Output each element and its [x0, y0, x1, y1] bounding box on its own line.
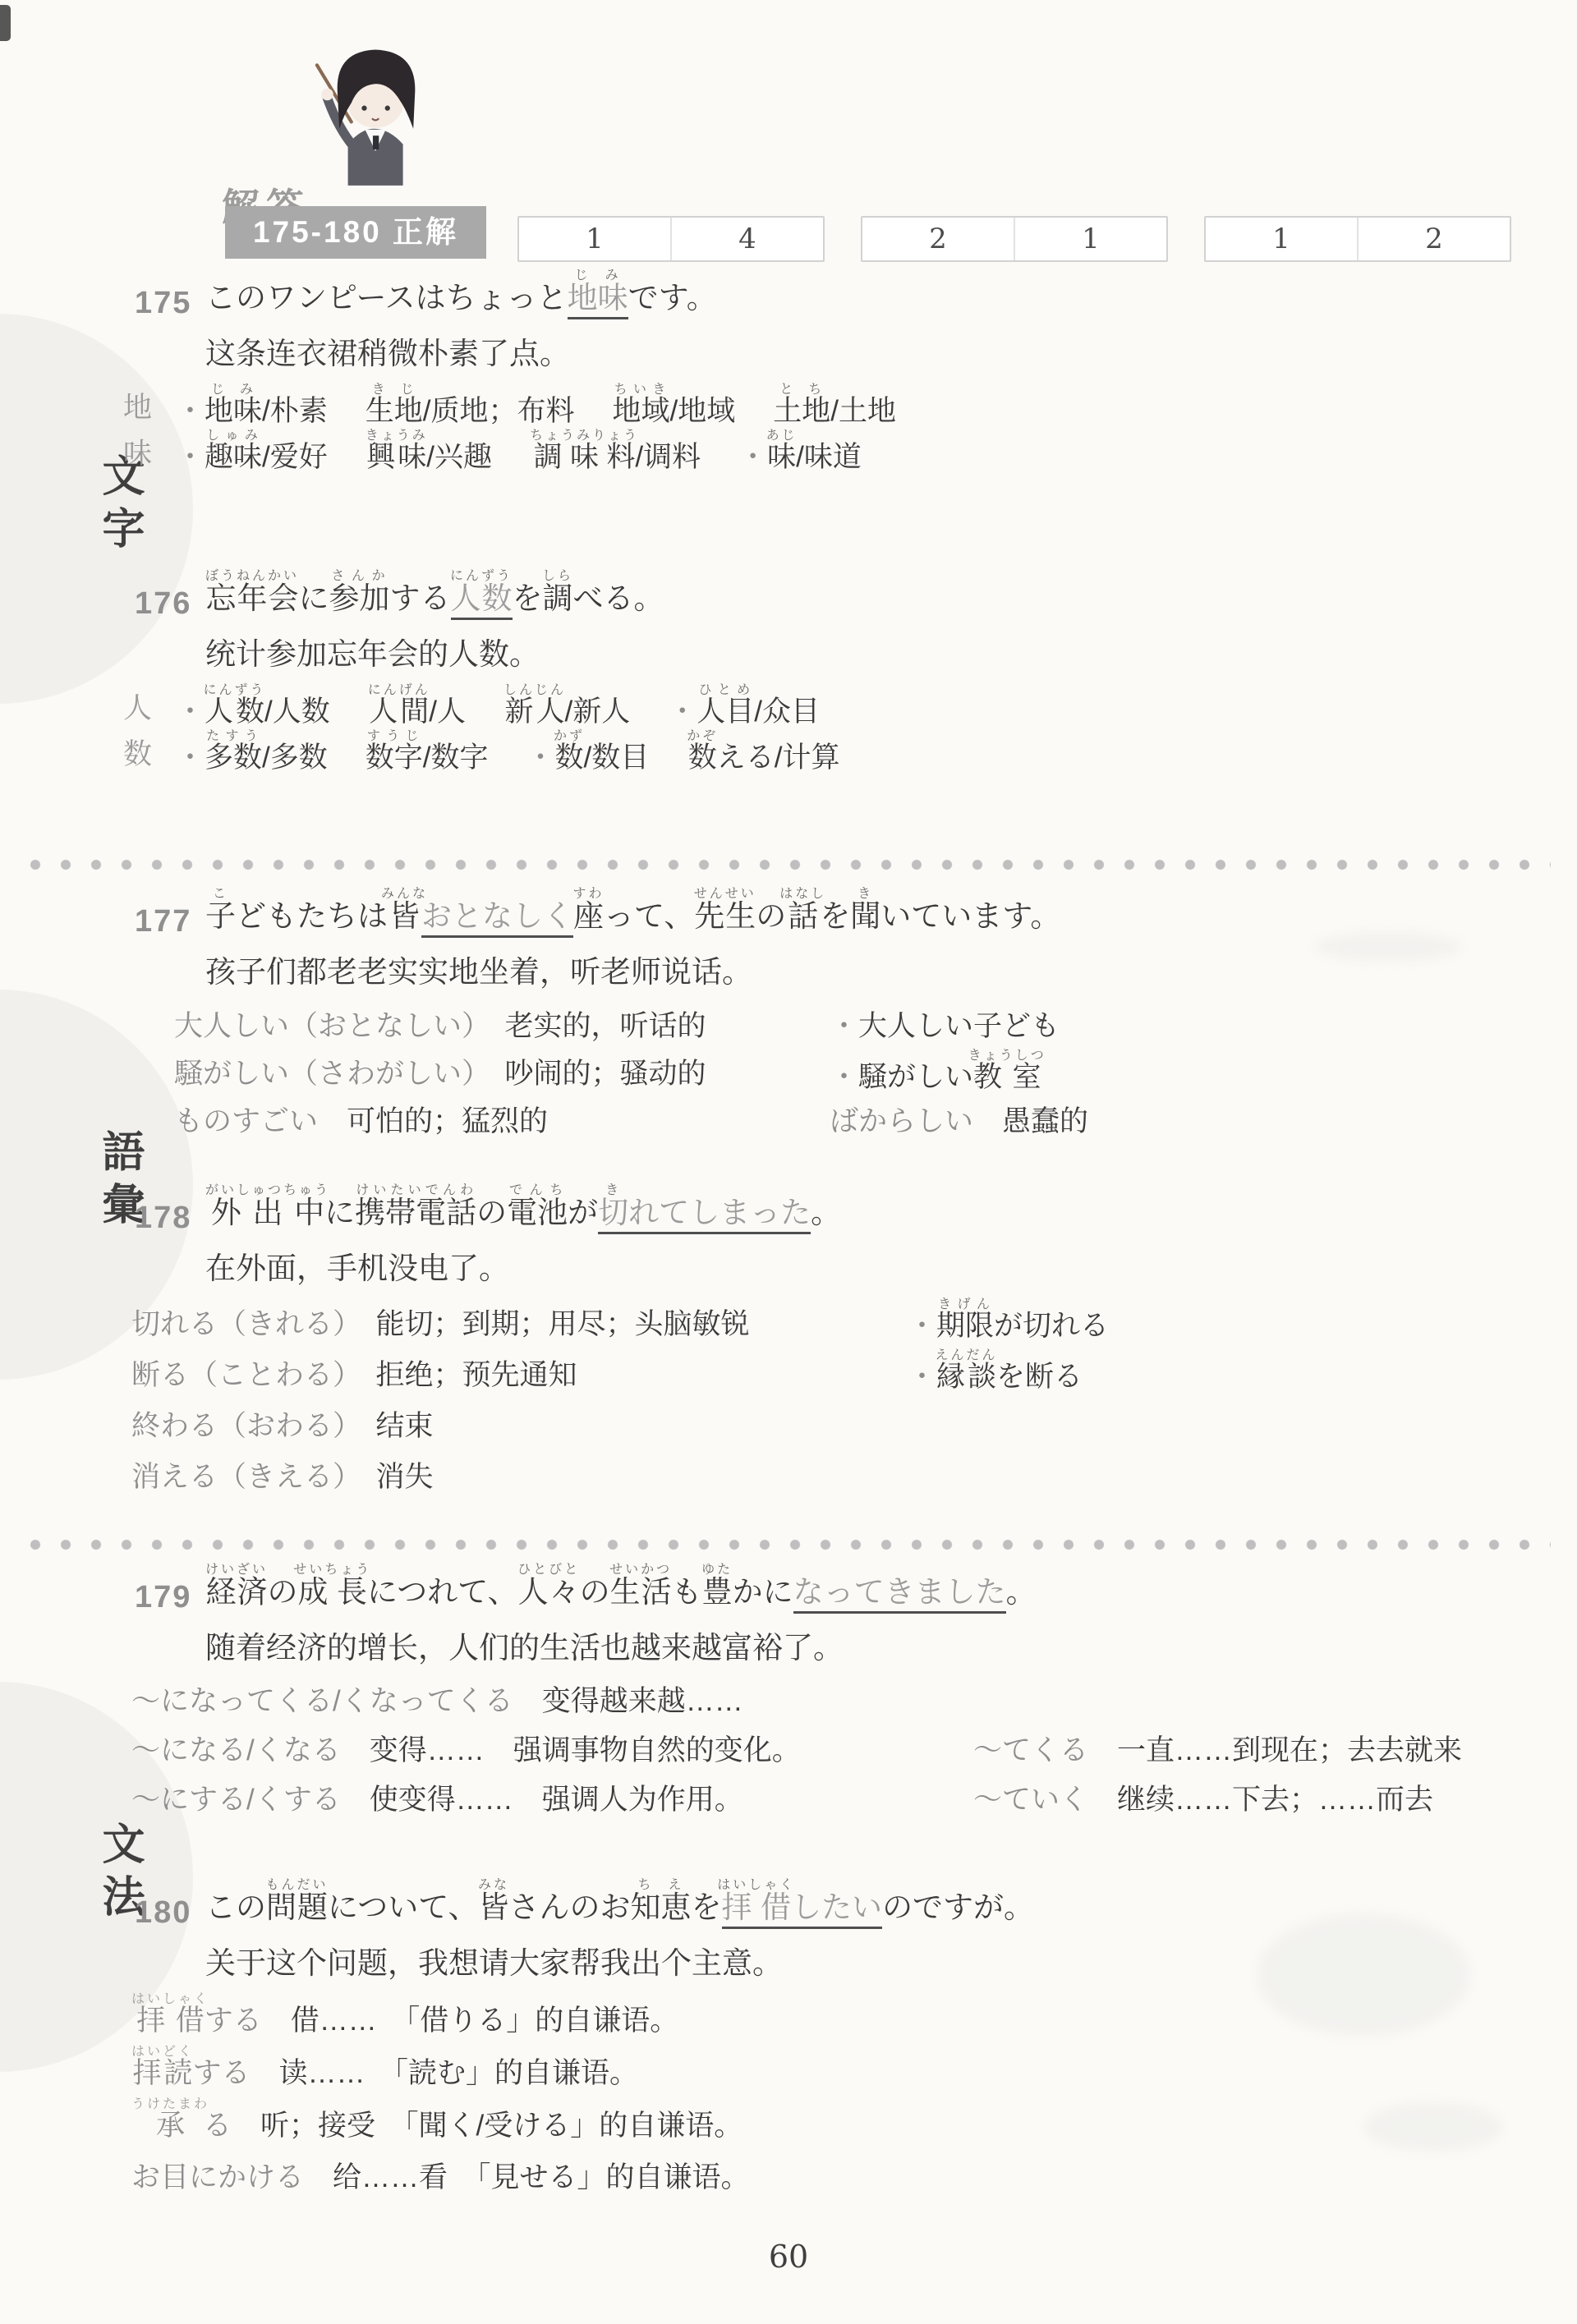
vocab-item: ・味あじ/味道	[738, 429, 862, 483]
definition-left: 断る（ことわる） 拒绝；预先通知	[123, 1348, 577, 1403]
vocab-row: 大人しい（おとなしい） 老实的，听话的・大人しい子ども	[123, 1001, 1552, 1049]
text-segment: ばからしい	[830, 1105, 973, 1137]
text-segment: が切れる	[994, 1310, 1109, 1342]
text-segment: です。	[628, 281, 717, 315]
text-segment: る	[203, 2110, 232, 2142]
text-segment: について、	[328, 1890, 479, 1924]
vocab-rows: 地・地味じみ/朴素生地きじ/质地；布料地域ちいき/地域土地とち/土地味・趣味しゅ…	[123, 383, 1552, 475]
text-segment: 。	[811, 1196, 841, 1229]
definition-left: お目にかける 给……看 「見せる」的自谦语。	[123, 2150, 750, 2206]
scan-smudge	[1314, 932, 1462, 962]
text-segment: ・	[176, 441, 205, 473]
question-number: 180	[135, 1895, 191, 1931]
vocab-item-list: ・多数たすう/多数数字すうじ/数字・数かず/数目数かぞえる/计算	[123, 729, 1552, 783]
text-segment: につれて、	[367, 1575, 518, 1609]
text-segment: ・	[526, 742, 555, 774]
answer-cell: 2	[862, 218, 1014, 260]
definition-left: 消える（きえる） 消失	[123, 1450, 434, 1504]
text-segment: 経済けいざい	[205, 1575, 268, 1609]
text-segment: ・	[738, 441, 767, 473]
question-number: 176	[135, 586, 191, 622]
vocab-row: 断る（ことわる） 拒绝；预先通知・縁談えんだんを断る	[123, 1348, 1552, 1399]
text-segment: の	[580, 1575, 610, 1609]
text-segment: 聞き	[850, 899, 880, 933]
answer-cell: 4	[670, 218, 823, 260]
text-segment: に	[324, 1196, 355, 1229]
text-segment: 先生せんせい	[694, 899, 756, 933]
answer-cell-group: 12	[1204, 216, 1511, 262]
text-segment: 騒がしい	[858, 1061, 973, 1093]
vocab-row: 拝読はいどくする 读…… 「読む」的自谦语。	[123, 2045, 1552, 2097]
question-translation: 这条连衣裙稍微朴素了点。	[205, 333, 1552, 374]
answer-cell: 1	[519, 218, 670, 260]
definition-left: 拝読はいどくする 读…… 「読む」的自谦语。	[123, 2045, 638, 2101]
text-segment: 調しら	[543, 581, 573, 615]
question-translation: 在外面，手机没电了。	[205, 1248, 1552, 1289]
text-segment: を	[513, 581, 543, 615]
text-segment: 借…… 「借りる」的自谦语。	[262, 2005, 679, 2037]
text-segment: かに	[733, 1575, 793, 1609]
text-segment: 生地きじ	[366, 395, 423, 427]
question-block-177: 177 子こどもたちは皆みんなおとなしく座すわって、先生せんせいの話はなしを聞き…	[123, 883, 1552, 1144]
vocab-item: 数字すうじ/数字	[366, 729, 489, 783]
text-segment: /众目	[754, 696, 820, 728]
text-segment: ・	[176, 742, 205, 774]
text-segment: /味道	[796, 441, 862, 473]
vocab-item-list: ・趣味しゅみ/爱好興味きょうみ/兴趣調味料ちょうみりょう/调料・味あじ/味道	[123, 429, 1552, 483]
answer-cell-group: 21	[861, 216, 1168, 262]
vocab-item: ・数かず/数目	[526, 729, 650, 783]
text-segment: 一直……到现在；去去就来	[1088, 1734, 1462, 1766]
text-segment: 豊ゆた	[702, 1575, 733, 1609]
vocab-row: お目にかける 给……看 「見せる」的自谦语。	[123, 2150, 1552, 2202]
text-segment: って、	[604, 899, 694, 933]
page-number: 60	[0, 2239, 1577, 2275]
vocab-item: ・趣味しゅみ/爱好	[176, 429, 328, 483]
question-sentence: 経済けいざいの成長せいちょうにつれて、人々ひとびとの生活せいかつも豊ゆたかになっ…	[205, 1559, 1552, 1623]
page: 解答 175-180 正解 142112 文字 語彙 文法 175 このワンピー…	[0, 0, 1577, 2324]
text-segment: 地味じみ	[205, 395, 262, 427]
definition-left: 大人しい（おとなしい） 老实的，听话的	[123, 1001, 706, 1052]
text-segment: の	[476, 1196, 507, 1229]
example-right: ・大人しい子ども	[830, 1001, 1060, 1052]
vocab-row: 人・人数にんずう/人数人間にんげん/人新人しんじん/新人・人目ひとめ/众目	[123, 683, 1552, 729]
text-segment: /数目	[584, 742, 650, 774]
definition-left: 拝借はいしゃくする 借…… 「借りる」的自谦语。	[123, 1992, 678, 2049]
text-segment: /土地	[830, 395, 896, 427]
example-right: ～ていく 继续……下去；……而去	[973, 1775, 1433, 1825]
text-segment: 縁談えんだん	[936, 1361, 996, 1393]
vocab-item: ・多数たすう/多数	[176, 729, 328, 783]
text-segment: を断る	[996, 1361, 1083, 1393]
text-segment: 人数にんずう	[205, 696, 264, 728]
vocab-item: 興味きょうみ/兴趣	[366, 429, 492, 483]
text-segment: も	[672, 1575, 702, 1609]
question-block-176: 176 忘年会ぼうねんかいに参加さんかする人数にんずうを調しらべる。 统计参加忘…	[123, 565, 1552, 775]
answer-cell: 2	[1357, 218, 1510, 260]
vocab-rows: ～になってくる/くなってくる 变得越来越……～になる/くなる 变得…… 强调事物…	[123, 1677, 1552, 1825]
text-segment: ～にする/くする	[131, 1784, 341, 1816]
underlined-term: なってきました	[793, 1575, 1006, 1614]
text-segment: 断る（ことわる）	[131, 1359, 347, 1391]
text-segment: 给……看 「見せる」的自谦语。	[304, 2161, 750, 2193]
dotted-separator	[30, 1539, 1551, 1550]
vocab-rows: 人・人数にんずう/人数人間にんげん/人新人しんじん/新人・人目ひとめ/众目数・多…	[123, 683, 1552, 775]
question-sentence: このワンピースはちょっと地味じみです。	[205, 264, 1552, 328]
question-block-179: 179 経済けいざいの成長せいちょうにつれて、人々ひとびとの生活せいかつも豊ゆた…	[123, 1559, 1552, 1825]
vocab-row: 消える（きえる） 消失	[123, 1450, 1552, 1501]
text-segment: さんのお	[509, 1890, 631, 1924]
text-segment: に	[299, 581, 329, 615]
underlined-term: 地味じみ	[568, 281, 628, 319]
answer-cells: 142112	[517, 216, 1511, 262]
text-segment: 消える（きえる）	[131, 1461, 347, 1493]
text-segment: 听；接受 「聞く/受ける」的自谦语。	[232, 2110, 743, 2142]
text-segment: ・	[668, 696, 697, 728]
vocab-row: ～にする/くする 使变得…… 强调人为作用。～ていく 继续……下去；……而去	[123, 1775, 1552, 1825]
text-segment: 生活せいかつ	[610, 1575, 672, 1609]
vocab-row: 味・趣味しゅみ/爱好興味きょうみ/兴趣調味料ちょうみりょう/调料・味あじ/味道	[123, 429, 1552, 475]
text-segment: /地域	[670, 395, 736, 427]
text-segment: 拒绝；预先通知	[347, 1359, 577, 1391]
vocab-row: 騒がしい（さわがしい） 吵闹的；骚动的・騒がしい教室きょうしつ	[123, 1049, 1552, 1096]
vocab-row: ～になってくる/くなってくる 变得越来越……	[123, 1677, 1552, 1726]
text-segment: 承うけたまわ	[131, 2110, 203, 2142]
vocab-row: 承うけたまわる 听；接受 「聞く/受ける」的自谦语。	[123, 2097, 1552, 2150]
text-segment: 可怕的；猛烈的	[318, 1105, 548, 1137]
answer-cell-group: 14	[517, 216, 825, 262]
text-segment: ・	[908, 1310, 936, 1342]
text-segment: ～になる/くなる	[131, 1734, 341, 1766]
text-segment: /调料	[635, 441, 701, 473]
text-segment: 騒がしい（さわがしい）	[174, 1058, 476, 1090]
text-segment: 話はなし	[786, 899, 820, 933]
text-segment: を	[820, 899, 850, 933]
text-segment: 人間にんげん	[368, 696, 430, 728]
example-right: ・期限きげんが切れる	[908, 1297, 1109, 1353]
text-segment: ～になってくる/くなってくる	[131, 1685, 513, 1717]
text-segment: 電池でんち	[507, 1196, 568, 1229]
text-segment: 数かぞ	[687, 742, 717, 774]
text-segment: ・	[176, 395, 205, 427]
answer-cell: 1	[1014, 218, 1166, 260]
text-segment: 知恵ちえ	[631, 1890, 692, 1924]
vocab-row: 切れる（きれる） 能切；到期；用尽；头脑敏锐・期限きげんが切れる	[123, 1297, 1552, 1348]
text-segment: する	[390, 581, 451, 615]
mascot-tie	[373, 135, 379, 149]
text-segment: する	[193, 2057, 251, 2089]
row-key-character: 地	[123, 383, 152, 434]
text-segment: 皆みな	[479, 1890, 509, 1924]
text-segment: 大人しい子ども	[858, 1010, 1060, 1042]
text-segment: 使变得…… 强调人为作用。	[341, 1784, 743, 1816]
question-number: 177	[135, 904, 191, 939]
text-segment: 吵闹的；骚动的	[476, 1058, 706, 1090]
text-segment: 地域ちいき	[613, 395, 670, 427]
mascot-eye	[385, 106, 390, 111]
text-segment: 新人しんじん	[503, 696, 565, 728]
definition-left: ～になってくる/くなってくる 变得越来越……	[123, 1677, 743, 1726]
text-segment: 人目ひとめ	[697, 696, 754, 728]
answer-range-label: 175-180 正解	[225, 206, 486, 259]
row-key-character: 人	[123, 683, 152, 734]
text-segment: このワンピースはちょっと	[205, 281, 568, 315]
text-segment: 结束	[347, 1410, 434, 1442]
text-segment: 携帯電話けいたいでんわ	[355, 1196, 476, 1229]
text-segment: 能切；到期；用尽；头脑敏锐	[347, 1308, 750, 1340]
question-translation: 统计参加忘年会的人数。	[205, 634, 1552, 675]
text-segment: 老实的，听话的	[476, 1010, 706, 1042]
text-segment: 拝借はいしゃく	[131, 2005, 205, 2037]
definition-left: 承うけたまわる 听；接受 「聞く/受ける」的自谦语。	[123, 2097, 743, 2154]
text-segment: /兴趣	[426, 441, 492, 473]
text-segment: 皆みんな	[388, 899, 421, 933]
vocab-row: 地・地味じみ/朴素生地きじ/质地；布料地域ちいき/地域土地とち/土地	[123, 383, 1552, 429]
text-segment: ～ていく	[973, 1784, 1088, 1816]
text-segment: お目にかける	[131, 2161, 304, 2193]
vocab-row: ～になる/くなる 变得…… 强调事物自然的变化。～てくる 一直……到现在；去去就…	[123, 1726, 1552, 1775]
vocab-rows: 切れる（きれる） 能切；到期；用尽；头脑敏锐・期限きげんが切れる断る（ことわる）…	[123, 1297, 1552, 1501]
text-segment: ～てくる	[973, 1734, 1088, 1766]
text-segment: 多数たすう	[205, 742, 262, 774]
text-segment: /新人	[565, 696, 631, 728]
text-segment: 成長せいちょう	[298, 1575, 368, 1609]
text-segment: が	[568, 1196, 598, 1229]
text-segment: 变得越来越……	[513, 1685, 743, 1717]
scan-smudge	[1257, 1913, 1470, 2037]
text-segment: 問題もんだい	[266, 1890, 328, 1924]
text-segment: 数かず	[555, 742, 584, 774]
vocab-row: ものすごい 可怕的；猛烈的ばからしい 愚蠢的	[123, 1096, 1552, 1144]
dotted-separator	[30, 859, 1551, 870]
question-sentence: 外出中がいしゅつちゅうに携帯電話けいたいでんわの電池でんちが切きれてしまった。	[205, 1179, 1552, 1243]
mascot-hand	[321, 89, 333, 101]
text-segment: /人	[429, 696, 466, 728]
text-segment: ・	[830, 1010, 858, 1042]
row-key-character: 味	[123, 429, 152, 480]
text-segment: 愚蠢的	[973, 1105, 1088, 1137]
question-block-178: 178 外出中がいしゅつちゅうに携帯電話けいたいでんわの電池でんちが切きれてしま…	[123, 1179, 1552, 1501]
text-segment: 趣味しゅみ	[205, 441, 262, 473]
definition-left: 切れる（きれる） 能切；到期；用尽；头脑敏锐	[123, 1297, 750, 1352]
scan-smudge	[1363, 2102, 1503, 2152]
example-right: ばからしい 愚蠢的	[830, 1096, 1088, 1147]
text-segment: 大人しい（おとなしい）	[174, 1010, 476, 1042]
mascot-girl-illustration	[312, 41, 435, 187]
definition-left: ～にする/くする 使变得…… 强调人为作用。	[123, 1775, 743, 1825]
vocab-rows: 大人しい（おとなしい） 老实的，听话的・大人しい子ども騒がしい（さわがしい） 吵…	[123, 1001, 1552, 1144]
scan-corner-artifact	[0, 5, 11, 41]
text-segment: /数字	[423, 742, 489, 774]
text-segment: 数字すうじ	[366, 742, 423, 774]
vocab-item: 数かぞえる/计算	[687, 729, 839, 783]
row-key-character: 数	[123, 729, 152, 780]
question-number: 178	[135, 1201, 191, 1236]
definition-left: 騒がしい（さわがしい） 吵闹的；骚动的	[123, 1049, 706, 1100]
question-translation: 随着经济的增长，人们的生活也越来越富裕了。	[205, 1628, 1552, 1669]
example-right: ・騒がしい教室きょうしつ	[830, 1049, 1046, 1103]
definition-left: ものすごい 可怕的；猛烈的	[123, 1096, 548, 1147]
question-number: 175	[135, 286, 191, 321]
vocab-row: 終わる（おわる） 结束	[123, 1399, 1552, 1450]
text-segment: 继续……下去；……而去	[1088, 1784, 1433, 1816]
definition-left: 終わる（おわる） 结束	[123, 1399, 434, 1454]
underlined-term: 切き	[598, 1196, 628, 1234]
text-segment: 興味きょうみ	[366, 441, 427, 473]
text-segment: 拝読はいどく	[131, 2057, 193, 2089]
text-segment: 参加さんか	[329, 581, 390, 615]
text-segment: 土地とち	[773, 395, 830, 427]
text-segment: 味あじ	[767, 441, 796, 473]
underlined-term: おとなしく	[421, 899, 573, 938]
text-segment: 期限きげん	[936, 1310, 994, 1342]
text-segment: いています。	[880, 899, 1060, 933]
text-segment: この	[205, 1890, 266, 1924]
text-segment: /质地；布料	[423, 395, 575, 427]
text-segment: /朴素	[262, 395, 328, 427]
text-segment: ・	[176, 696, 205, 728]
example-right: ～てくる 一直……到现在；去去就来	[973, 1726, 1462, 1775]
text-segment: ・	[830, 1061, 858, 1093]
text-segment: どもたちは	[236, 899, 388, 933]
underlined-term: れてしまった	[628, 1196, 811, 1234]
vocab-row: 数・多数たすう/多数数字すうじ/数字・数かず/数目数かぞえる/计算	[123, 729, 1552, 775]
text-segment: 人々ひとびと	[518, 1575, 580, 1609]
mascot-eye	[361, 106, 366, 111]
text-segment: 調味料ちょうみりょう	[530, 441, 635, 473]
text-segment: /人数	[264, 696, 330, 728]
answer-cell: 1	[1206, 218, 1357, 260]
text-segment: /爱好	[262, 441, 328, 473]
text-segment: 外出中がいしゅつちゅう	[205, 1196, 324, 1229]
text-segment: ・	[908, 1361, 936, 1393]
text-segment: 終わる（おわる）	[131, 1410, 347, 1442]
text-segment: 忘年会ぼうねんかい	[205, 581, 299, 615]
text-segment: 教室きょうしつ	[973, 1061, 1046, 1093]
underlined-term: 人数にんずう	[451, 581, 513, 620]
definition-left: ～になる/くなる 变得…… 强调事物自然的变化。	[123, 1726, 801, 1775]
text-segment: 切れる（きれる）	[131, 1308, 347, 1340]
text-segment: 座すわ	[573, 899, 604, 933]
example-right: ・縁談えんだんを断る	[908, 1348, 1083, 1404]
text-segment: /多数	[262, 742, 328, 774]
vocab-item: 調味料ちょうみりょう/调料	[530, 429, 701, 483]
underlined-term: したい	[791, 1890, 882, 1929]
text-segment: のですが。	[882, 1890, 1034, 1924]
text-segment: 子こ	[205, 899, 236, 933]
text-segment: べる。	[573, 581, 664, 615]
question-block-175: 175 このワンピースはちょっと地味じみです。 这条连衣裙稍微朴素了点。 地・地…	[123, 264, 1552, 475]
underlined-term: 拝借はいしゃく	[722, 1890, 792, 1929]
text-segment: 。	[1006, 1575, 1037, 1609]
text-segment: える/计算	[717, 742, 840, 774]
question-sentence: 忘年会ぼうねんかいに参加さんかする人数にんずうを調しらべる。	[205, 565, 1552, 629]
question-number: 179	[135, 1580, 191, 1615]
text-segment: 读…… 「読む」的自谦语。	[251, 2057, 639, 2089]
text-segment: する	[205, 2005, 262, 2037]
text-segment: ものすごい	[174, 1105, 318, 1137]
text-segment: 变得…… 强调事物自然的变化。	[341, 1734, 801, 1766]
text-segment: 消失	[347, 1461, 434, 1493]
